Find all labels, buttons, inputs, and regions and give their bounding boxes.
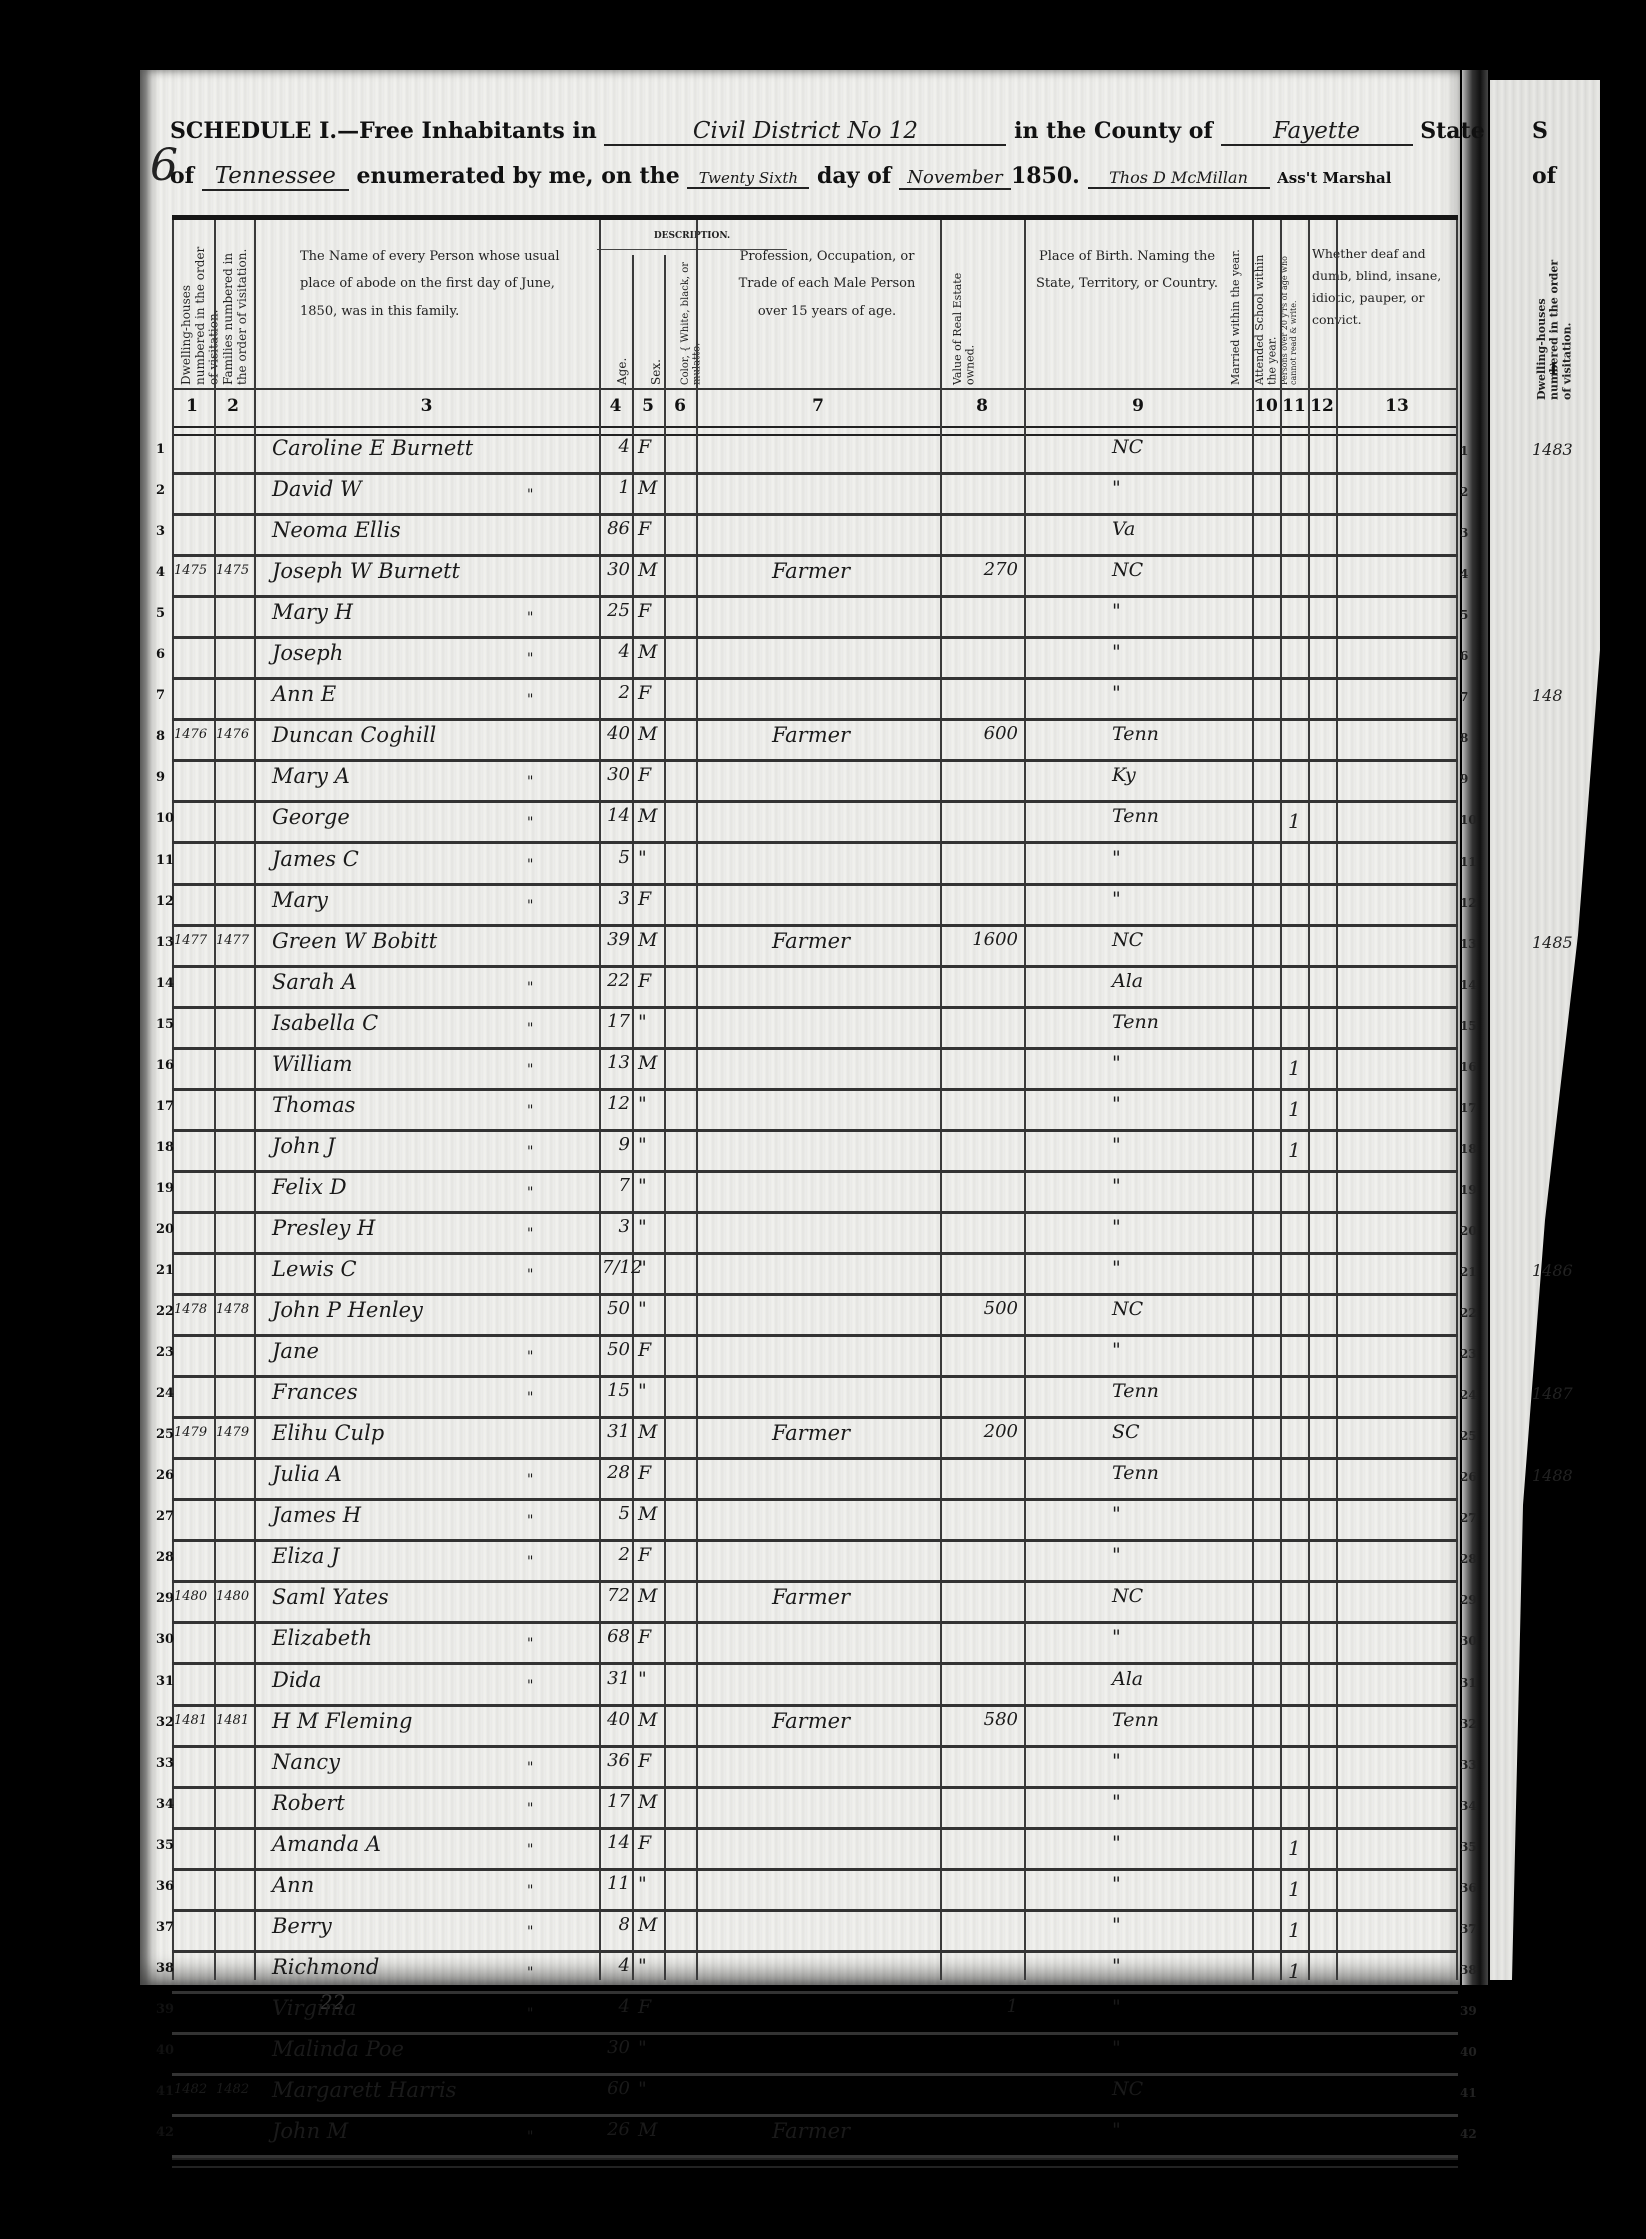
sex: " — [638, 1216, 647, 1238]
dwelling-number: 1480 — [174, 1589, 207, 1604]
ditto-mark: " — [527, 1062, 533, 1078]
table-row: 3Neoma Ellis86FVa3 — [172, 516, 1458, 557]
person-name: Mary H — [272, 600, 353, 624]
sex: " — [638, 847, 647, 869]
line-number-right: 40 — [1460, 2045, 1477, 2059]
line-number: 5 — [156, 606, 165, 621]
col-12-header: Persons over 20 y'rs of age who cannot r… — [1280, 235, 1298, 385]
day-of-label: day of — [817, 163, 891, 189]
birthplace: Va — [1112, 518, 1135, 540]
age: 36 — [602, 1750, 630, 1771]
family-number: 1482 — [216, 2082, 249, 2097]
line-number: 27 — [156, 1509, 174, 1524]
dwelling-number: 1482 — [174, 2082, 207, 2097]
birthplace: " — [1112, 1134, 1121, 1156]
sex: " — [638, 1668, 647, 1690]
sex: " — [638, 1298, 647, 1320]
line-number: 29 — [156, 1591, 174, 1606]
person-name: Caroline E Burnett — [272, 436, 473, 460]
table-row: 11James C"5""11 — [172, 845, 1458, 886]
age: 26 — [602, 2119, 630, 2140]
family-number: 1476 — [216, 727, 249, 742]
line-number-right: 1 — [1460, 444, 1468, 458]
line-number-right: 16 — [1460, 1060, 1477, 1074]
person-name: Isabella C — [272, 1011, 378, 1035]
sex: F — [638, 1462, 651, 1484]
col-12-num: 12 — [1308, 396, 1336, 416]
line-number-right: 38 — [1460, 1963, 1477, 1977]
attended-school-mark: 1 — [1288, 1097, 1301, 1121]
person-name: Mary A — [272, 764, 350, 788]
line-number: 42 — [156, 2125, 174, 2140]
person-name: Lewis C — [272, 1257, 357, 1281]
birthplace: Tenn — [1112, 1462, 1159, 1484]
next-page-header-fragment-1: S — [1532, 118, 1548, 144]
schedule-header-line-2: of Tennessee enumerated by me, on the Tw… — [170, 163, 1391, 191]
sex: F — [638, 970, 651, 992]
table-row: 9Mary A"30FKy9 — [172, 762, 1458, 803]
person-name: John M — [272, 2119, 348, 2143]
col-3-header: The Name of every Person whose usual pla… — [300, 243, 590, 325]
table-row: 36Ann"11""136 — [172, 1871, 1458, 1912]
sex: M — [638, 559, 657, 581]
sex: M — [638, 805, 657, 827]
sex: M — [638, 1421, 657, 1443]
table-row: 3214811481H M Fleming40MFarmer580Tenn32 — [172, 1707, 1458, 1748]
sex: F — [638, 1832, 651, 1854]
line-number-right: 23 — [1460, 1347, 1477, 1361]
page-mark: 6 — [150, 140, 178, 191]
attended-school-mark: 1 — [1288, 1918, 1301, 1942]
attended-school-mark: 1 — [1288, 1877, 1301, 1901]
person-name: Mary — [272, 888, 328, 912]
occupation: Farmer — [772, 559, 850, 583]
birthplace: " — [1112, 1052, 1121, 1074]
age: 12 — [602, 1093, 630, 1114]
line-number: 41 — [156, 2084, 174, 2099]
sex: M — [638, 1791, 657, 1813]
person-name: Thomas — [272, 1093, 355, 1117]
sex: F — [638, 764, 651, 786]
ditto-mark: " — [527, 1021, 533, 1037]
birthplace: " — [1112, 1216, 1121, 1238]
ditto-mark: " — [527, 1513, 533, 1529]
line-number: 3 — [156, 524, 165, 539]
line-number: 19 — [156, 1181, 174, 1196]
line-number: 37 — [156, 1920, 174, 1935]
family-number: 1478 — [216, 1302, 249, 1317]
ditto-mark: " — [527, 1349, 533, 1365]
month-field: November — [899, 167, 1011, 190]
birthplace: " — [1112, 1544, 1121, 1566]
real-estate-value: 200 — [944, 1421, 1018, 1442]
age: 30 — [602, 559, 630, 580]
line-number-right: 8 — [1460, 731, 1468, 745]
col-8-num: 8 — [940, 396, 1024, 416]
sex: M — [638, 2119, 657, 2141]
person-name: H M Fleming — [272, 1709, 412, 1733]
age: 17 — [602, 1791, 630, 1812]
person-name: Elizabeth — [272, 1626, 372, 1650]
sex: " — [638, 1873, 647, 1895]
sex: F — [638, 518, 651, 540]
person-name: Amanda A — [272, 1832, 381, 1856]
table-row: 40Malinda Poe30""40 — [172, 2035, 1458, 2076]
age: 50 — [602, 1339, 630, 1360]
person-name: James C — [272, 847, 359, 871]
table-row: 39Virginia"4F1"39 — [172, 1994, 1458, 2035]
dwelling-number: 1477 — [174, 933, 207, 948]
col-5-header: Sex. — [650, 335, 664, 385]
table-row: 21Lewis C"7/12""21 — [172, 1255, 1458, 1296]
person-name: Richmond — [272, 1955, 379, 1979]
line-number-right: 19 — [1460, 1183, 1477, 1197]
age: 4 — [602, 1955, 630, 1976]
person-name: Berry — [272, 1914, 332, 1938]
ditto-mark: " — [527, 1554, 533, 1570]
birthplace: " — [1112, 847, 1121, 869]
birthplace: " — [1112, 1832, 1121, 1854]
attended-school-mark: 1 — [1288, 1056, 1301, 1080]
age: 40 — [602, 1709, 630, 1730]
table-row: 12Mary"3F"12 — [172, 886, 1458, 927]
occupation: Farmer — [772, 1709, 850, 1733]
line-number-right: 12 — [1460, 896, 1477, 910]
ditto-mark: " — [527, 692, 533, 708]
person-name: Neoma Ellis — [272, 518, 401, 542]
ditto-mark: " — [527, 2129, 533, 2145]
real-estate-value: 1 — [944, 1996, 1018, 2017]
sex: " — [638, 2037, 647, 2059]
ditto-mark: " — [527, 898, 533, 914]
table-row: 30Elizabeth"68F"30 — [172, 1624, 1458, 1665]
birthplace: NC — [1112, 559, 1143, 581]
line-number-right: 28 — [1460, 1552, 1477, 1566]
sex: " — [638, 1380, 647, 1402]
real-estate-value: 270 — [944, 559, 1018, 580]
marshal-label: Ass't Marshal — [1277, 169, 1391, 187]
dwelling-number: 1479 — [174, 1425, 207, 1440]
line-number-right: 24 — [1460, 1388, 1477, 1402]
schedule-header-line-1: SCHEDULE I.—Free Inhabitants in Civil Di… — [170, 118, 1485, 146]
birthplace: " — [1112, 1257, 1121, 1279]
line-number-right: 30 — [1460, 1634, 1477, 1648]
ditto-mark: " — [527, 980, 533, 996]
line-number: 40 — [156, 2043, 174, 2058]
line-number: 35 — [156, 1838, 174, 1853]
line-number: 21 — [156, 1263, 174, 1278]
age: 60 — [602, 2078, 630, 2099]
birthplace: " — [1112, 1996, 1121, 2018]
sex: M — [638, 1052, 657, 1074]
sex: F — [638, 1339, 651, 1361]
person-name: Ann E — [272, 682, 336, 706]
col-13-header: Whether deaf and dumb, blind, insane, id… — [1312, 243, 1450, 331]
person-name: William — [272, 1052, 353, 1076]
line-number: 1 — [156, 442, 165, 457]
marshal-signature: Thos D McMillan — [1088, 168, 1270, 189]
table-row: 26Julia A"28FTenn26 — [172, 1460, 1458, 1501]
sex: F — [638, 682, 651, 704]
family-number: 1477 — [216, 933, 249, 948]
table-row: 16William"13M"116 — [172, 1050, 1458, 1091]
line-number: 11 — [156, 853, 174, 868]
table-row: 24Frances"15"Tenn24 — [172, 1378, 1458, 1419]
line-number-right: 29 — [1460, 1593, 1477, 1607]
line-number: 36 — [156, 1879, 174, 1894]
table-row: 37Berry"8M"137 — [172, 1912, 1458, 1953]
person-name: Felix D — [272, 1175, 347, 1199]
col-10-num: 10 — [1252, 396, 1280, 416]
county-label: in the County of — [1014, 118, 1213, 144]
age: 40 — [602, 723, 630, 744]
age: 50 — [602, 1298, 630, 1319]
line-number: 9 — [156, 770, 165, 785]
line-number: 31 — [156, 1674, 174, 1689]
table-row: 27James H"5M"27 — [172, 1501, 1458, 1542]
line-number: 15 — [156, 1017, 174, 1032]
col-4-num: 4 — [599, 396, 632, 416]
sex: " — [638, 2078, 647, 2100]
sex: M — [638, 929, 657, 951]
table-row: 2David W"1M"2 — [172, 475, 1458, 516]
person-name: Virginia — [272, 1996, 356, 2020]
ditto-mark: " — [527, 1267, 533, 1283]
dwelling-number: 1476 — [174, 727, 207, 742]
birthplace: " — [1112, 1093, 1121, 1115]
table-row: 20Presley H"3""20 — [172, 1214, 1458, 1255]
birthplace: " — [1112, 600, 1121, 622]
ditto-mark: " — [527, 1390, 533, 1406]
line-number: 23 — [156, 1345, 174, 1360]
ditto-mark: " — [527, 1883, 533, 1899]
line-number: 30 — [156, 1632, 174, 1647]
age: 5 — [602, 1503, 630, 1524]
birthplace: Ala — [1112, 1668, 1143, 1690]
line-number-right: 27 — [1460, 1511, 1477, 1525]
age: 25 — [602, 600, 630, 621]
attended-school-mark: 1 — [1288, 1836, 1301, 1860]
person-name: James H — [272, 1503, 361, 1527]
line-number: 26 — [156, 1468, 174, 1483]
table-row: 18John J"9""118 — [172, 1132, 1458, 1173]
age: 30 — [602, 2037, 630, 2058]
line-number-right: 9 — [1460, 772, 1468, 786]
birthplace: Ky — [1112, 764, 1136, 786]
line-number: 39 — [156, 2002, 174, 2017]
table-row: 814761476Duncan Coghill40MFarmer600Tenn8 — [172, 721, 1458, 762]
table-row: 2914801480Saml Yates72MFarmerNC29 — [172, 1583, 1458, 1624]
sex: M — [638, 477, 657, 499]
family-number: 1480 — [216, 1589, 249, 1604]
birthplace: NC — [1112, 2078, 1143, 2100]
next-page-dwelling-number: 1487 — [1532, 1384, 1573, 1403]
table-row: 2514791479Elihu Culp31MFarmer200SC25 — [172, 1419, 1458, 1460]
day-field: Twenty Sixth — [687, 169, 809, 189]
birthplace: NC — [1112, 1585, 1143, 1607]
age: 15 — [602, 1380, 630, 1401]
dwelling-number: 1481 — [174, 1713, 207, 1728]
person-name: John P Henley — [272, 1298, 423, 1322]
age: 8 — [602, 1914, 630, 1935]
birthplace: Ala — [1112, 970, 1143, 992]
person-name: Sarah A — [272, 970, 357, 994]
sex: F — [638, 1750, 651, 1772]
attended-school-mark: 1 — [1288, 1138, 1301, 1162]
col-5-num: 5 — [632, 396, 664, 416]
next-page-dwelling-number: 1488 — [1532, 1466, 1573, 1485]
age: 4 — [602, 641, 630, 662]
age: 31 — [602, 1421, 630, 1442]
sex: F — [638, 436, 651, 458]
line-number-right: 15 — [1460, 1019, 1477, 1033]
table-row: 31Dida"31"Ala31 — [172, 1666, 1458, 1707]
sex: F — [638, 1626, 651, 1648]
person-name: Joseph W Burnett — [272, 559, 460, 583]
person-name: Joseph — [272, 641, 343, 665]
person-name: John J — [272, 1134, 335, 1158]
birthplace: NC — [1112, 929, 1143, 951]
ditto-mark: " — [527, 774, 533, 790]
age: 22 — [602, 970, 630, 991]
sex: M — [638, 723, 657, 745]
age: 1 — [602, 477, 630, 498]
line-number: 2 — [156, 483, 165, 498]
ditto-mark: " — [527, 815, 533, 831]
table-row: 6Joseph"4M"6 — [172, 639, 1458, 680]
table-row: 414751475Joseph W Burnett30MFarmer270NC4 — [172, 557, 1458, 598]
line-number-right: 2 — [1460, 485, 1468, 499]
person-name: Robert — [272, 1791, 345, 1815]
col-13-num: 13 — [1336, 396, 1458, 416]
county-field: Fayette — [1221, 118, 1413, 146]
col-7-num: 7 — [696, 396, 940, 416]
birthplace: " — [1112, 2037, 1121, 2059]
year: 1850. — [1011, 163, 1080, 189]
line-number-right: 18 — [1460, 1142, 1477, 1156]
line-number: 4 — [156, 565, 165, 580]
real-estate-value: 1600 — [944, 929, 1018, 950]
line-number: 10 — [156, 811, 174, 826]
ditto-mark: " — [527, 1678, 533, 1694]
real-estate-value: 580 — [944, 1709, 1018, 1730]
line-number-right: 39 — [1460, 2004, 1477, 2018]
line-number-right: 34 — [1460, 1799, 1477, 1813]
line-number-right: 10 — [1460, 813, 1477, 827]
line-number-right: 25 — [1460, 1429, 1477, 1443]
line-number-right: 20 — [1460, 1224, 1477, 1238]
age: 9 — [602, 1134, 630, 1155]
family-number: 1479 — [216, 1425, 249, 1440]
dwelling-number: 1475 — [174, 563, 207, 578]
person-name: Dida — [272, 1668, 322, 1692]
col-6-num: 6 — [664, 396, 696, 416]
line-number-right: 26 — [1460, 1470, 1477, 1484]
person-name: Malinda Poe — [272, 2037, 404, 2061]
line-number-right: 11 — [1460, 855, 1477, 869]
table-row: 34Robert"17M"34 — [172, 1789, 1458, 1830]
ditto-mark: " — [527, 1636, 533, 1652]
line-number-right: 14 — [1460, 978, 1477, 992]
birthplace: " — [1112, 1791, 1121, 1813]
line-number: 7 — [156, 688, 165, 703]
age: 31 — [602, 1668, 630, 1689]
description-label: DESCRIPTION. — [597, 231, 787, 242]
age: 30 — [602, 764, 630, 785]
person-name: Margarett Harris — [272, 2078, 456, 2102]
schedule-title: SCHEDULE I.—Free Inhabitants in — [170, 118, 597, 144]
table-row: 4114821482Margarett Harris60"NC41 — [172, 2076, 1458, 2117]
line-number-right: 32 — [1460, 1717, 1477, 1731]
birthplace: NC — [1112, 1298, 1143, 1320]
next-page-dwelling-number: 148 — [1532, 686, 1563, 705]
table-row: 1314771477Green W Bobitt39MFarmer1600NC1… — [172, 927, 1458, 968]
birthplace: " — [1112, 1873, 1121, 1895]
line-number-right: 33 — [1460, 1758, 1477, 1772]
attended-school-mark: 1 — [1288, 809, 1301, 833]
table-row: 19Felix D"7""19 — [172, 1173, 1458, 1214]
table-row: 10George"14MTenn110 — [172, 803, 1458, 844]
line-number: 16 — [156, 1058, 174, 1073]
next-page-dwelling-number: 1486 — [1532, 1261, 1573, 1280]
district-field: Civil District No 12 — [604, 118, 1006, 146]
line-number-right: 21 — [1460, 1265, 1477, 1279]
line-number-right: 17 — [1460, 1101, 1477, 1115]
birthplace: " — [1112, 1503, 1121, 1525]
ditto-mark: " — [527, 1965, 533, 1981]
age: 4 — [602, 436, 630, 457]
age: 86 — [602, 518, 630, 539]
line-number-right: 22 — [1460, 1306, 1477, 1320]
line-number-right: 36 — [1460, 1881, 1477, 1895]
table-row: 33Nancy"36F"33 — [172, 1748, 1458, 1789]
occupation: Farmer — [772, 1585, 850, 1609]
birthplace: " — [1112, 1914, 1121, 1936]
age: 5 — [602, 847, 630, 868]
table-top-rule — [172, 215, 1458, 220]
dwelling-number: 1478 — [174, 1302, 207, 1317]
birthplace: " — [1112, 477, 1121, 499]
ditto-mark: " — [527, 1226, 533, 1242]
col-6-header: Color, { White, black, or mulatto. — [680, 255, 703, 385]
occupation: Farmer — [772, 723, 850, 747]
line-number-right: 7 — [1460, 690, 1468, 704]
age: 7/12 — [602, 1257, 630, 1278]
line-number-right: 35 — [1460, 1840, 1477, 1854]
line-number: 28 — [156, 1550, 174, 1565]
col-8-header: Value of Real Estate owned. — [952, 235, 977, 385]
sex: M — [638, 1914, 657, 1936]
birthplace: NC — [1112, 436, 1143, 458]
next-page-dwelling-number: 1483 — [1532, 440, 1573, 459]
sex: " — [638, 1175, 647, 1197]
col-10-header: Married within the year. — [1230, 235, 1243, 385]
person-name: Eliza J — [272, 1544, 339, 1568]
person-name: Julia A — [272, 1462, 342, 1486]
age: 68 — [602, 1626, 630, 1647]
sex: M — [638, 1585, 657, 1607]
person-name: Duncan Coghill — [272, 723, 436, 747]
birthplace: " — [1112, 1626, 1121, 1648]
table-row: 42John M"26MFarmer"42 — [172, 2117, 1458, 2158]
age: 14 — [602, 1832, 630, 1853]
line-number: 34 — [156, 1797, 174, 1812]
birthplace: " — [1112, 1750, 1121, 1772]
person-name: Frances — [272, 1380, 358, 1404]
ditto-mark: " — [527, 1760, 533, 1776]
family-number: 1481 — [216, 1713, 249, 1728]
occupation: Farmer — [772, 2119, 850, 2143]
